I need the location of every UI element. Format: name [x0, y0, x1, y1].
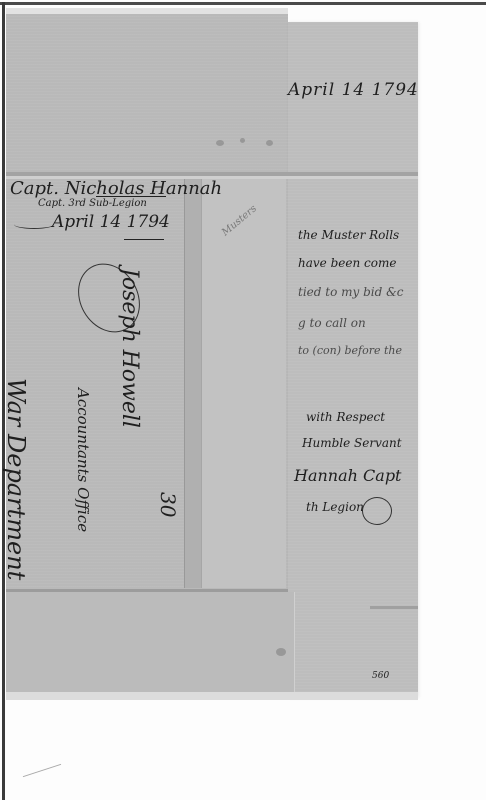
letter-line: to (con) before the: [298, 344, 402, 357]
letter-line: with Respect: [306, 410, 385, 424]
ink-stain: [240, 138, 245, 143]
docket-date: April 14 1794: [52, 212, 170, 232]
ink-stain: [266, 140, 273, 146]
folio-number: 30: [156, 492, 180, 517]
vertical-fold-strip: [184, 178, 202, 588]
signature-flourish: [362, 497, 392, 525]
letter-line: Humble Servant: [302, 436, 402, 450]
letter-signature: Hannah Capt: [294, 466, 401, 485]
address-recipient: Joseph Howell: [117, 268, 142, 428]
letter-line: tied to my bid &c: [298, 285, 404, 299]
ink-stain: [276, 648, 286, 656]
ink-stain: [216, 140, 224, 146]
lower-fold-panel: [6, 592, 295, 692]
address-office: Accountants Office: [74, 388, 92, 532]
inner-fold-panel: [200, 178, 286, 588]
docket-date-underline: [124, 239, 164, 240]
letter-date: April 14 1794: [288, 80, 419, 100]
horizontal-fold-lower: [6, 589, 288, 592]
paper-top-highlight: [6, 8, 288, 14]
letter-line: the Muster Rolls: [298, 228, 399, 242]
page-number: 560: [372, 671, 389, 681]
docket-rank: Capt. 3rd Sub-Legion: [38, 198, 147, 209]
paper-bottom-edge: [6, 692, 418, 700]
paper-sheet-right-panel: [288, 22, 418, 698]
address-department: War Department: [2, 378, 30, 580]
margin-pencil-mark: [23, 764, 61, 777]
letter-line: th Legion: [306, 500, 364, 514]
docket-underline: [96, 196, 166, 197]
letter-line: have been come: [298, 256, 396, 270]
letter-line: g to call on: [298, 316, 366, 330]
horizontal-fold-right: [370, 606, 418, 609]
docket-flourish: [14, 220, 54, 229]
scan-frame-top: [0, 2, 486, 5]
